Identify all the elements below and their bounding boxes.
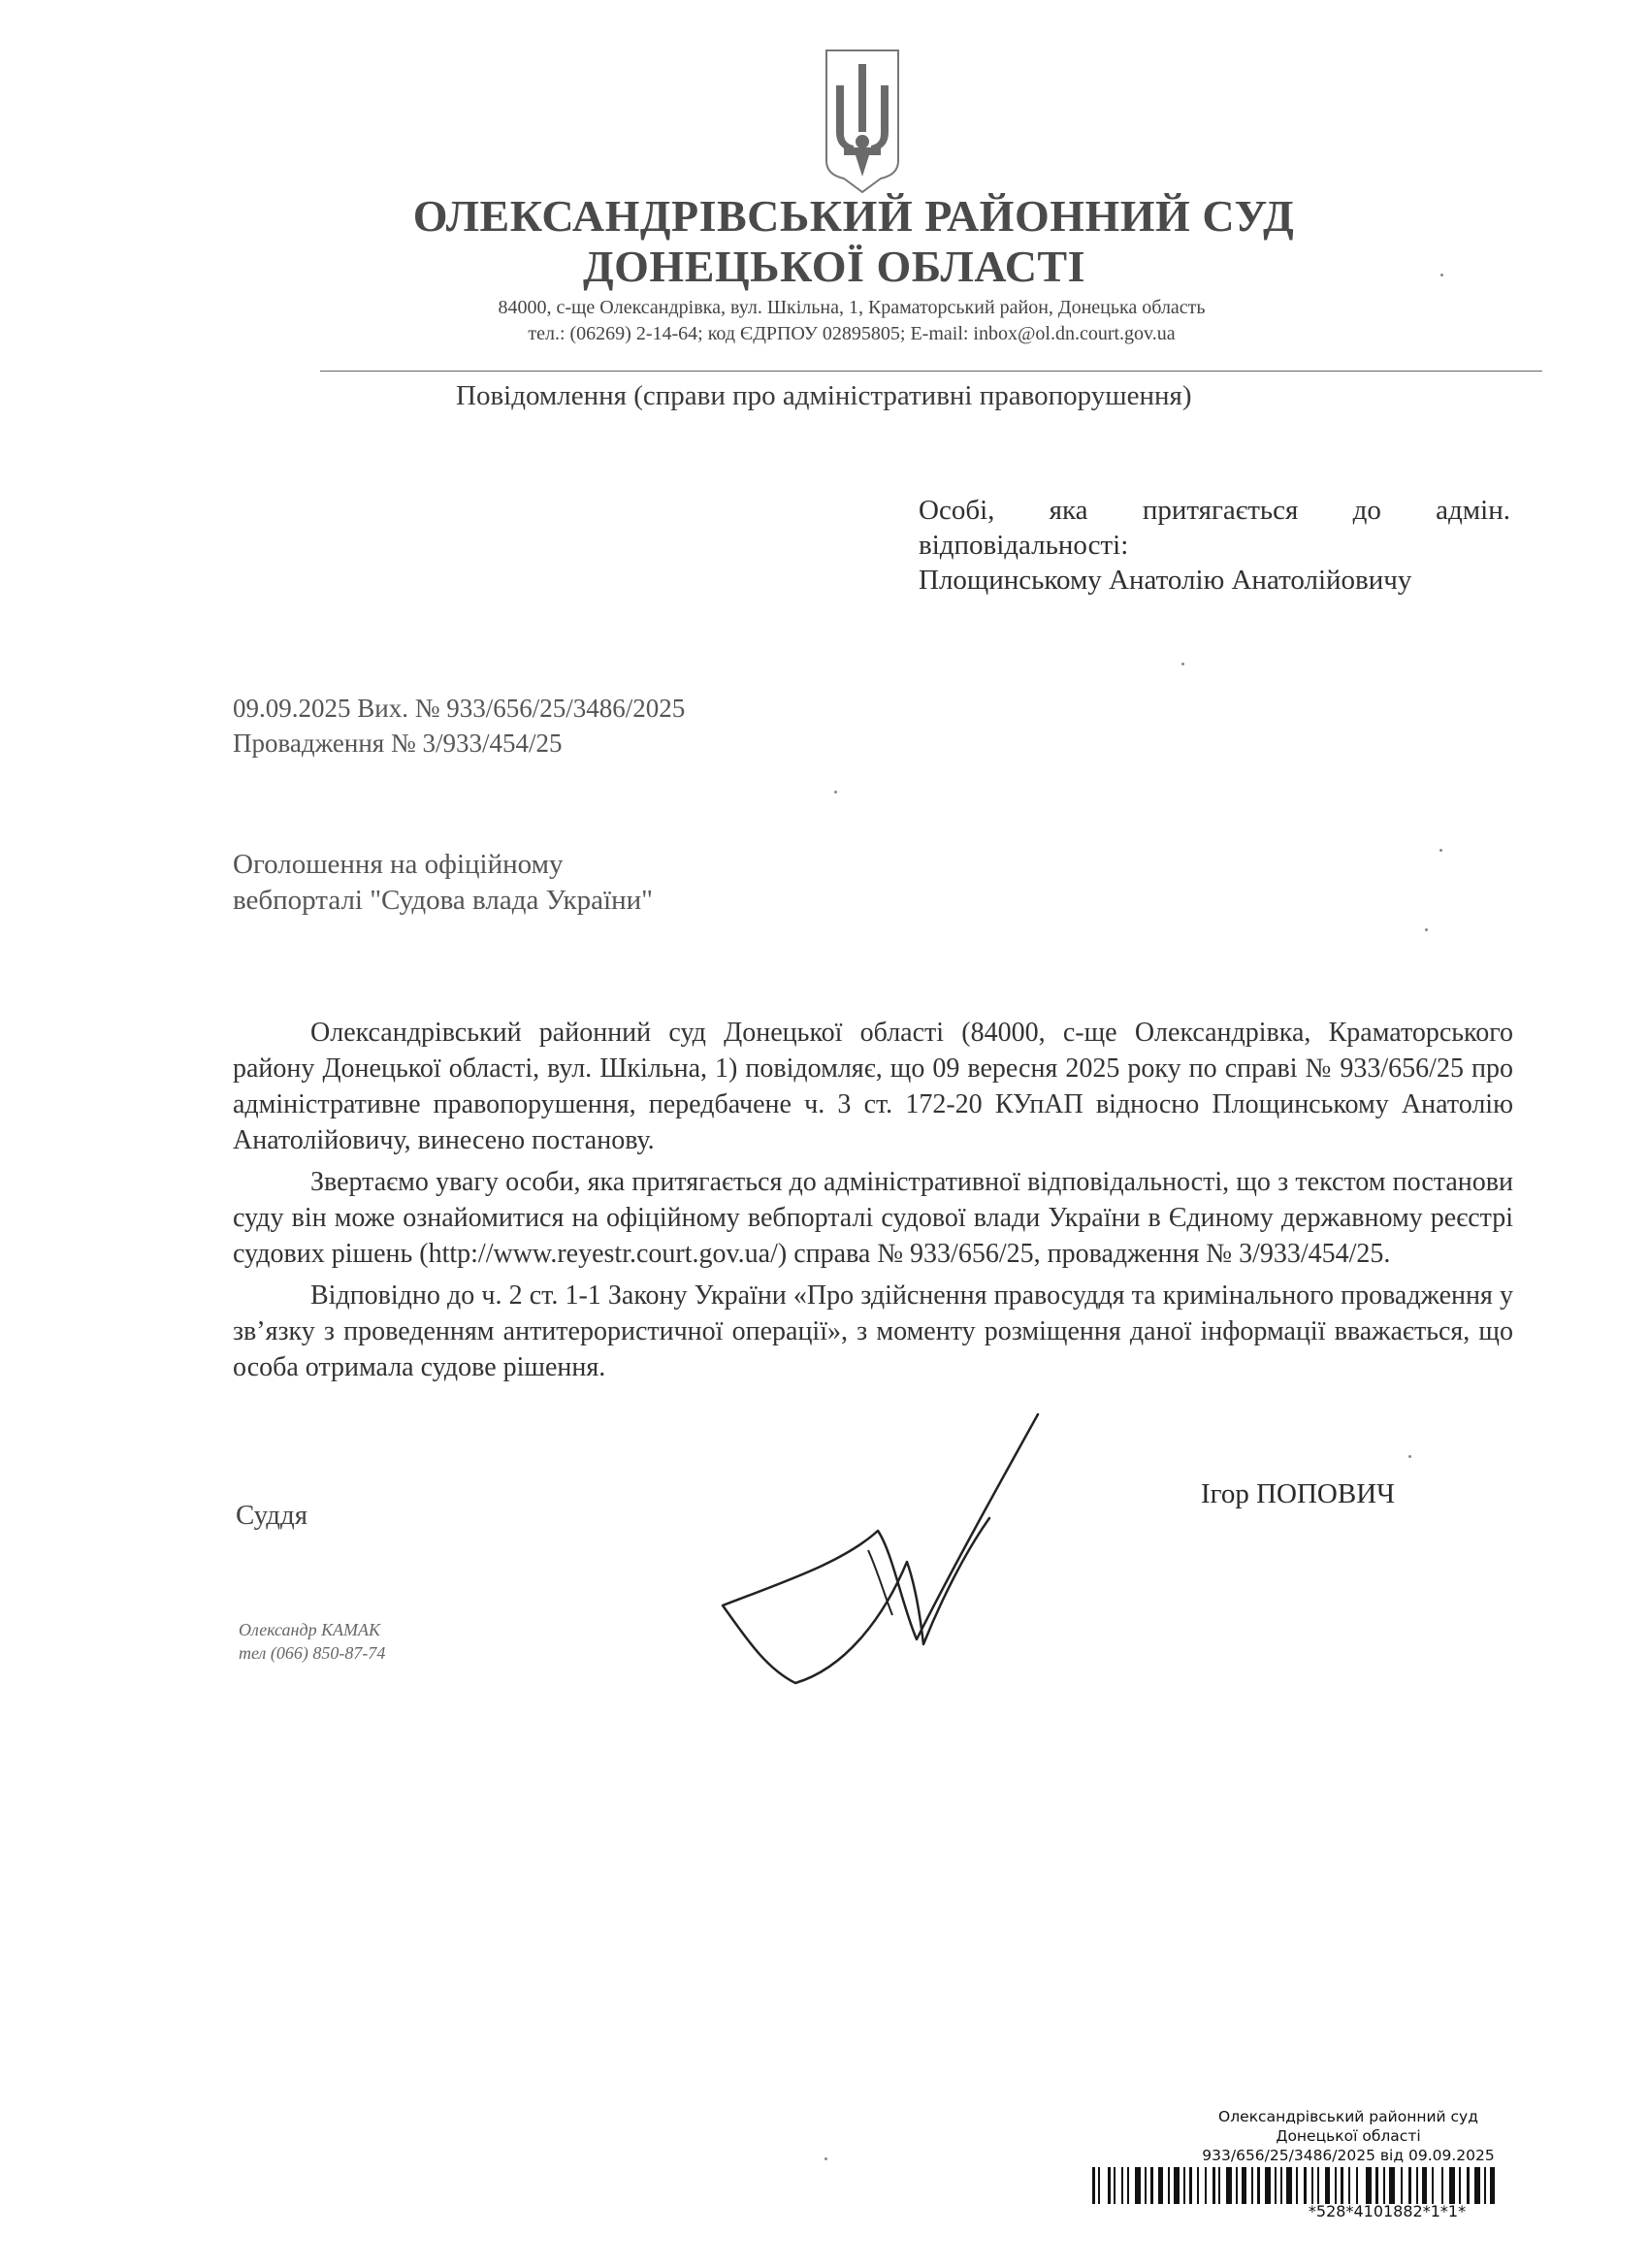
reference-block: 09.09.2025 Вих. № 933/656/25/3486/2025 П… <box>233 691 685 761</box>
court-contacts: тел.: (06269) 2-14-64; код ЄДРПОУ 028958… <box>27 323 1649 345</box>
stamp-court-line1: Олександрівський районний суд <box>1125 2107 1571 2126</box>
body-paragraph: Відповідно до ч. 2 ст. 1-1 Закону Україн… <box>233 1278 1513 1385</box>
scan-speck <box>1440 274 1443 276</box>
judge-name: Ігор ПОПОВИЧ <box>1201 1478 1395 1510</box>
scan-speck <box>1408 1455 1411 1458</box>
addressee-line2: відповідальності: <box>919 528 1510 563</box>
judge-role: Суддя <box>236 1500 307 1532</box>
addressee-word: Особі, <box>919 493 994 528</box>
court-address: 84000, с-ще Олександрівка, вул. Шкільна,… <box>27 297 1649 319</box>
notice-body: Олександрівський районний суд Донецької … <box>233 1015 1513 1391</box>
court-name-line2: ДОНЕЦЬКОЇ ОБЛАСТІ <box>10 241 1649 292</box>
stamp-registration-number: 933/656/25/3486/2025 від 09.09.2025 <box>1125 2146 1571 2165</box>
scan-speck <box>1181 663 1184 665</box>
addressee-word: адмін. <box>1436 493 1510 528</box>
addressee-line1: Особі, яка притягається до адмін. <box>919 493 1510 528</box>
scan-speck <box>824 2157 827 2160</box>
stamp-court-line2: Донецької області <box>1125 2126 1571 2146</box>
executor-phone: тел (066) 850-87-74 <box>239 1641 385 1665</box>
coat-of-arms-icon <box>823 47 902 194</box>
scan-speck <box>1425 928 1428 931</box>
court-name-line1: ОЛЕКСАНДРІВСЬКИЙ РАЙОННИЙ СУД <box>29 190 1649 242</box>
addressee-word: яка <box>1050 493 1088 528</box>
outgoing-number: 09.09.2025 Вих. № 933/656/25/3486/2025 <box>233 691 685 726</box>
header-divider <box>320 371 1542 372</box>
announcement-line1: Оголошення на офіційному <box>233 847 653 883</box>
body-paragraph: Олександрівський районний суд Донецької … <box>233 1015 1513 1158</box>
announcement-block: Оголошення на офіційному вебпорталі "Суд… <box>233 847 653 919</box>
barcode-number: *528*4101882*1*1* <box>1086 2202 1649 2220</box>
barcode-icon <box>1092 2167 1496 2204</box>
announcement-line2: вебпорталі "Судова влада України" <box>233 883 653 919</box>
notice-heading: Повідомлення (справи про адміністративні… <box>456 380 1191 412</box>
registration-stamp: Олександрівський районний суд Донецької … <box>1125 2107 1571 2165</box>
scan-speck <box>1439 849 1442 852</box>
body-paragraph: Звертаємо увагу особи, яка притягається … <box>233 1164 1513 1272</box>
scan-speck <box>834 791 837 794</box>
addressee-word: до <box>1353 493 1381 528</box>
signature-icon <box>708 1407 1048 1698</box>
proceeding-number: Провадження № 3/933/454/25 <box>233 726 685 761</box>
executor-name: Олександр КАМАК <box>239 1618 385 1641</box>
executor-block: Олександр КАМАК тел (066) 850-87-74 <box>239 1618 385 1665</box>
addressee-block: Особі, яка притягається до адмін. відпов… <box>919 493 1510 598</box>
addressee-word: притягається <box>1143 493 1299 528</box>
addressee-name: Площинському Анатолію Анатолійовичу <box>919 563 1510 598</box>
